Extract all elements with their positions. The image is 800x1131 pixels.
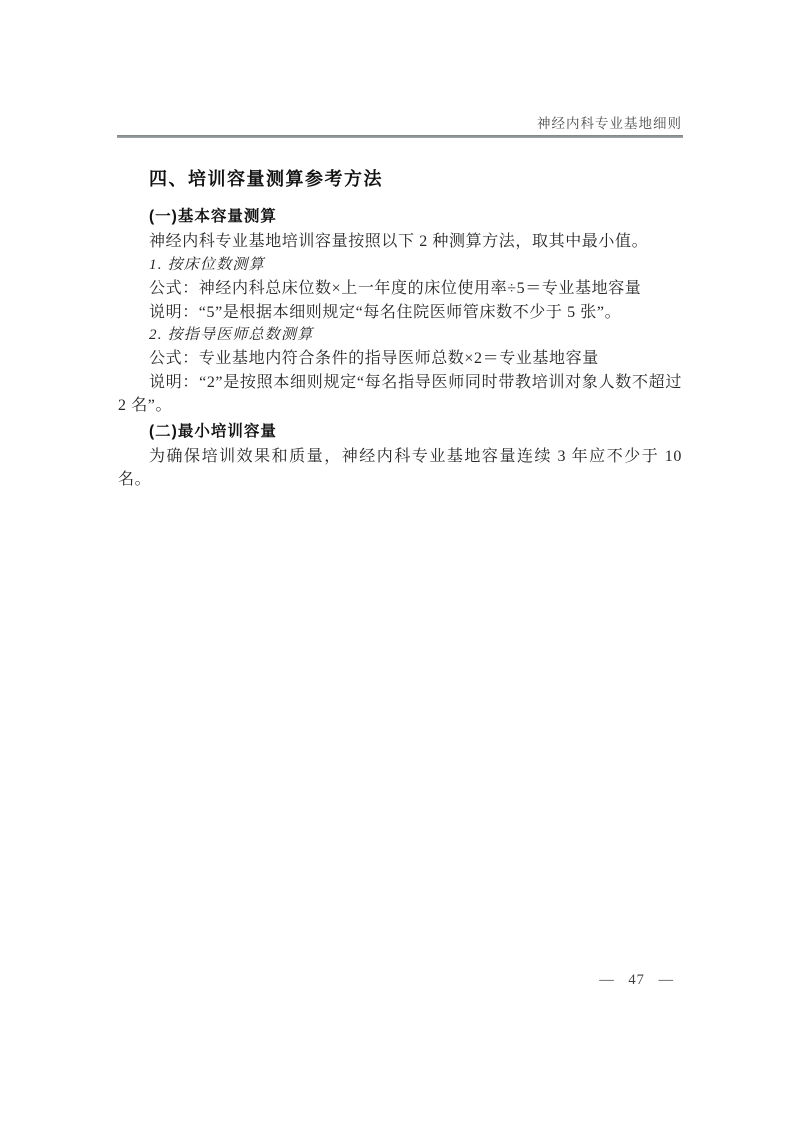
subsection-heading-2: (二)最小培训容量 bbox=[118, 420, 682, 443]
page-number: — 47 — bbox=[599, 972, 674, 989]
document-page: 神经内科专业基地细则 四、培训容量测算参考方法 (一)基本容量测算 神经内科专业… bbox=[0, 0, 800, 1131]
formula-2: 公式：专业基地内符合条件的指导医师总数×2＝专业基地容量 bbox=[118, 347, 682, 370]
running-header: 神经内科专业基地细则 bbox=[118, 112, 682, 132]
formula-1: 公式：神经内科总床位数×上一年度的床位使用率÷5＝专业基地容量 bbox=[118, 277, 682, 300]
document-body: 四、培训容量测算参考方法 (一)基本容量测算 神经内科专业基地培训容量按照以下 … bbox=[118, 166, 682, 492]
section-title: 四、培训容量测算参考方法 bbox=[118, 166, 682, 192]
method-item-1: 1. 按床位数测算 bbox=[118, 254, 682, 277]
explanation-2: 说明：“2”是按照本细则规定“每名指导医师同时带教培训对象人数不超过 2 名”。 bbox=[118, 371, 682, 418]
paragraph-minimum-capacity: 为确保培训效果和质量，神经内科专业基地容量连续 3 年应不少于 10 名。 bbox=[118, 445, 682, 492]
header-rule bbox=[117, 135, 683, 138]
paragraph-intro: 神经内科专业基地培训容量按照以下 2 种测算方法，取其中最小值。 bbox=[118, 230, 682, 253]
explanation-1: 说明：“5”是根据本细则规定“每名住院医师管床数不少于 5 张”。 bbox=[118, 301, 682, 324]
subsection-heading-1: (一)基本容量测算 bbox=[118, 205, 682, 228]
method-item-2: 2. 按指导医师总数测算 bbox=[118, 324, 682, 347]
